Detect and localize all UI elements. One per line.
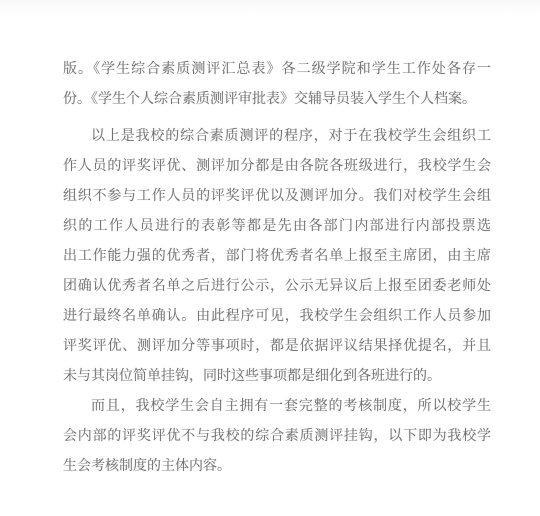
- document-page: 版。《学生综合素质测评汇总表》各二级学院和学生工作处各存一份。《学生个人综合素质…: [0, 0, 540, 516]
- text-line: 未与其岗位简单挂钩，同时这些事项都是细化到各班进行的。: [63, 362, 491, 392]
- document-body: 版。《学生综合素质测评汇总表》各二级学院和学生工作处各存一份。《学生个人综合素质…: [63, 55, 491, 482]
- text-line: 会内部的评奖评优不与我校的综合素质测评挂钩，以下即为我校学: [63, 422, 491, 452]
- text-line: 版。《学生综合素质测评汇总表》各二级学院和学生工作处各存一: [63, 55, 491, 85]
- text-line: 作人员的评奖评优、测评加分都是由各院各班级进行，我校学生会: [63, 152, 491, 182]
- scan-noise-band: [0, 0, 540, 14]
- paragraph: 而且，我校学生会自主拥有一套完整的考核制度，所以校学生会内部的评奖评优不与我校的…: [63, 392, 491, 482]
- text-line: 进行最终名单确认。由此程序可见，我校学生会组织工作人员参加: [63, 302, 491, 332]
- paragraph: 版。《学生综合素质测评汇总表》各二级学院和学生工作处各存一份。《学生个人综合素质…: [63, 55, 491, 115]
- paragraph: 以上是我校的综合素质测评的程序，对于在我校学生会组织工作人员的评奖评优、测评加分…: [63, 122, 491, 392]
- text-line: 组织不参与工作人员的评奖评优以及测评加分。我们对校学生会组: [63, 182, 491, 212]
- text-line: 织的工作人员进行的表彰等都是先由各部门内部进行内部投票选: [63, 212, 491, 242]
- text-line: 生会考核制度的主体内容。: [63, 452, 491, 482]
- text-line: 评奖评优、测评加分等事项时，都是依据评议结果择优提名，并且: [63, 332, 491, 362]
- text-line: 出工作能力强的优秀者，部门将优秀者名单上报至主席团，由主席: [63, 242, 491, 272]
- text-line: 以上是我校的综合素质测评的程序，对于在我校学生会组织工: [63, 122, 491, 152]
- text-line: 份。《学生个人综合素质测评审批表》交辅导员装入学生个人档案。: [63, 85, 491, 115]
- text-line: 而且，我校学生会自主拥有一套完整的考核制度，所以校学生: [63, 392, 491, 422]
- text-line: 团确认优秀者名单之后进行公示，公示无异议后上报至团委老师处: [63, 272, 491, 302]
